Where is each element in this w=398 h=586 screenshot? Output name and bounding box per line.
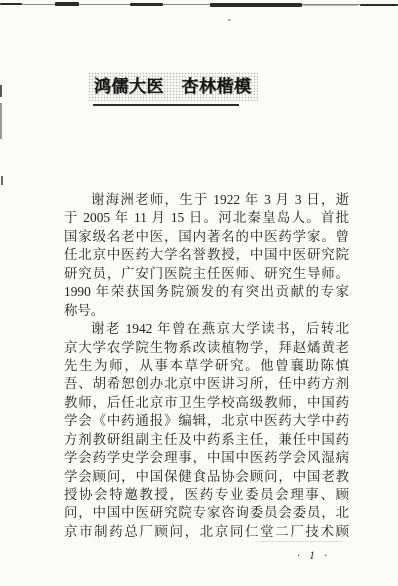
- body-text-line: 吾、胡希恕创办北京中医讲习所，任中药方剂: [64, 375, 349, 393]
- body-text-line: 于 2005 年 11 月 15 日。河北秦皇岛人。首批: [64, 209, 349, 227]
- body-text-line: 任北京中医药大学名誉教授，中国中医研究院: [64, 246, 349, 264]
- page-number: · 1 ·: [297, 548, 330, 563]
- chapter-title: 鸿儒大医 杏林楷模: [88, 72, 258, 101]
- scan-edge-segment: [360, 4, 398, 6]
- scan-speck: [0, 103, 2, 139]
- scan-edge-segment: [130, 3, 163, 6]
- body-text-line: 国家级名老中医，国内著名的中医药学家。曾: [64, 228, 349, 246]
- body-text-line: 学会顾问，中国保健食品协会顾问，中国老教: [64, 468, 349, 486]
- body-text-line: 学会《中药通报》编辑，北京中医药大学中药: [64, 412, 349, 430]
- scan-edge-segment: [210, 3, 302, 7]
- body-text-line: 方剂教研组副主任及中药系主任，兼任中国药: [64, 431, 349, 449]
- body-text-line: 1990 年荣获国务院颁发的有突出贡献的专家: [64, 283, 349, 301]
- body-text: 谢海洲老师，生于 1922 年 3 月 3 日，逝于 2005 年 11 月 1…: [64, 191, 349, 541]
- scan-edge-segment: [0, 3, 22, 5]
- title-underline: [93, 104, 239, 106]
- body-text-line: 称号。: [64, 302, 349, 320]
- body-text-line: 先生为师，从事本草学研究。他曾襄助陈慎: [64, 357, 349, 375]
- body-text-line: 教师，后任北京市卫生学校高级教师，中国药: [64, 394, 349, 412]
- body-text-line: 谢海洲老师，生于 1922 年 3 月 3 日，逝: [64, 191, 349, 209]
- body-text-line: 研究员，广安门医院主任医师、研究生导师。: [64, 265, 349, 283]
- body-text-line: 谢老 1942 年曾在燕京大学读书，后转北: [64, 320, 349, 338]
- body-text-line: 问，中国中医研究院专家咨询委员会委员，北: [64, 504, 349, 522]
- chapter-title-block: 鸿儒大医 杏林楷模: [88, 72, 258, 101]
- scan-edge-segment: [302, 5, 358, 6]
- scan-speck: [228, 19, 231, 21]
- body-text-line: 京大学农学院生物系改读植物学，拜赵燏黄老: [64, 339, 349, 357]
- scan-edge-segment: [55, 2, 79, 6]
- body-text-line: 授协会特邀教授，医药专业委员会理事、顾: [64, 486, 349, 504]
- body-text-line: 京市制药总厂顾问，北京同仁堂二厂技术顾: [64, 523, 349, 541]
- scanned-book-page: 鸿儒大医 杏林楷模 谢海洲老师，生于 1922 年 3 月 3 日，逝于 200…: [0, 0, 398, 586]
- scan-speck: [0, 85, 2, 97]
- body-text-line: 学会药学史学会理事，中国中医药学会风湿病: [64, 449, 349, 467]
- scan-speck: [1, 176, 3, 185]
